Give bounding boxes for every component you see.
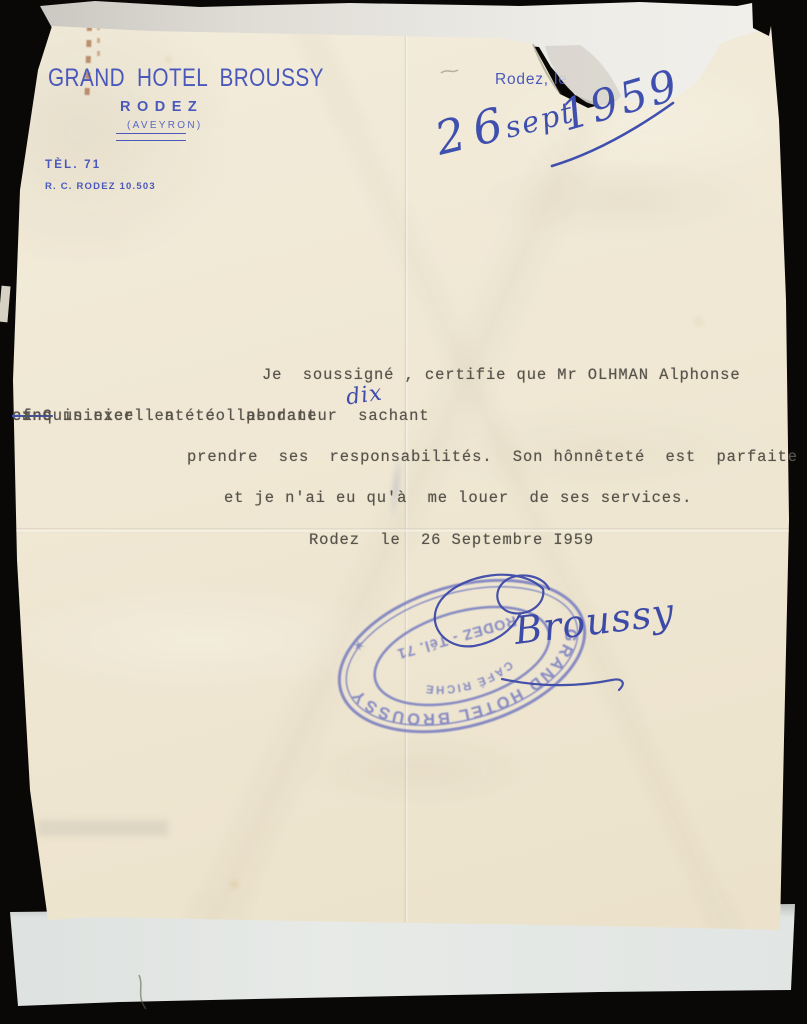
letterhead-registration: R. C. RODEZ 10.503 bbox=[45, 181, 156, 192]
letterhead-city: RODEZ bbox=[120, 99, 203, 115]
vertical-fold-crease bbox=[404, 24, 408, 924]
letterhead-phone: TÈL. 71 bbox=[45, 159, 101, 171]
letterhead-hotel-name: GRAND HOTEL BROUSSY bbox=[48, 64, 324, 93]
letterhead-region: (AVEYRON) bbox=[127, 120, 203, 131]
letter-paper bbox=[0, 0, 807, 1024]
typed-closing-date: Rodez le 26 Septembre I959 bbox=[309, 531, 594, 549]
typed-text-after: ans un excellent collaborateur sachant bbox=[12, 407, 429, 425]
foxing-spots bbox=[0, 0, 3, 3]
typed-line-responsibilities: prendre ses responsabilités. Son hônnête… bbox=[187, 448, 798, 466]
scanned-letter-page: GRAND HOTEL BROUSSY RODEZ (AVEYRON) TÈL.… bbox=[0, 0, 807, 1024]
typed-line-certify: Je soussigné , certifie que Mr OLHMAN Al… bbox=[262, 366, 741, 384]
letterhead-double-rule bbox=[116, 133, 186, 141]
printed-dateline: Rodez, le bbox=[495, 71, 568, 89]
handwritten-correction-dix: dix bbox=[344, 381, 384, 411]
faint-ink-ghost bbox=[38, 820, 168, 836]
paper-edge-sliver bbox=[0, 286, 11, 323]
typed-line-services: et je n'ai eu qu'à me louer de ses servi… bbox=[224, 489, 692, 507]
